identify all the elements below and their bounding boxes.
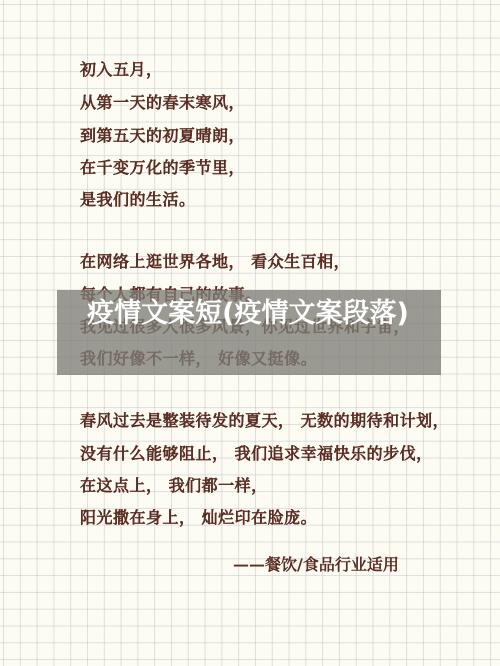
poem-line: 在千变万化的季节里， <box>80 155 245 178</box>
poem-line: 初入五月， <box>80 57 163 80</box>
poem-line: 在网络上逛世界各地， 看众生百相， <box>80 249 350 272</box>
poem-line: 从第一天的春末寒风， <box>80 90 245 113</box>
poem-line: 在这点上， 我们都一样， <box>80 473 268 496</box>
poem-line: 阳光撒在身上， 灿烂印在脸庞。 <box>80 505 317 528</box>
signature: ——餐饮/食品行业适用 <box>233 552 399 575</box>
poem-line: 没有什么能够阻止， 我们追求幸福快乐的步伐， <box>80 441 433 464</box>
poem-line: 到第五天的初夏晴朗， <box>80 123 245 146</box>
overlay-title: 疫情文案短(疫情文案段落) <box>68 296 428 331</box>
poem-line: 春风过去是整装待发的夏天， 无数的期待和计划， <box>80 408 449 431</box>
poem-line: 是我们的生活。 <box>80 187 196 210</box>
